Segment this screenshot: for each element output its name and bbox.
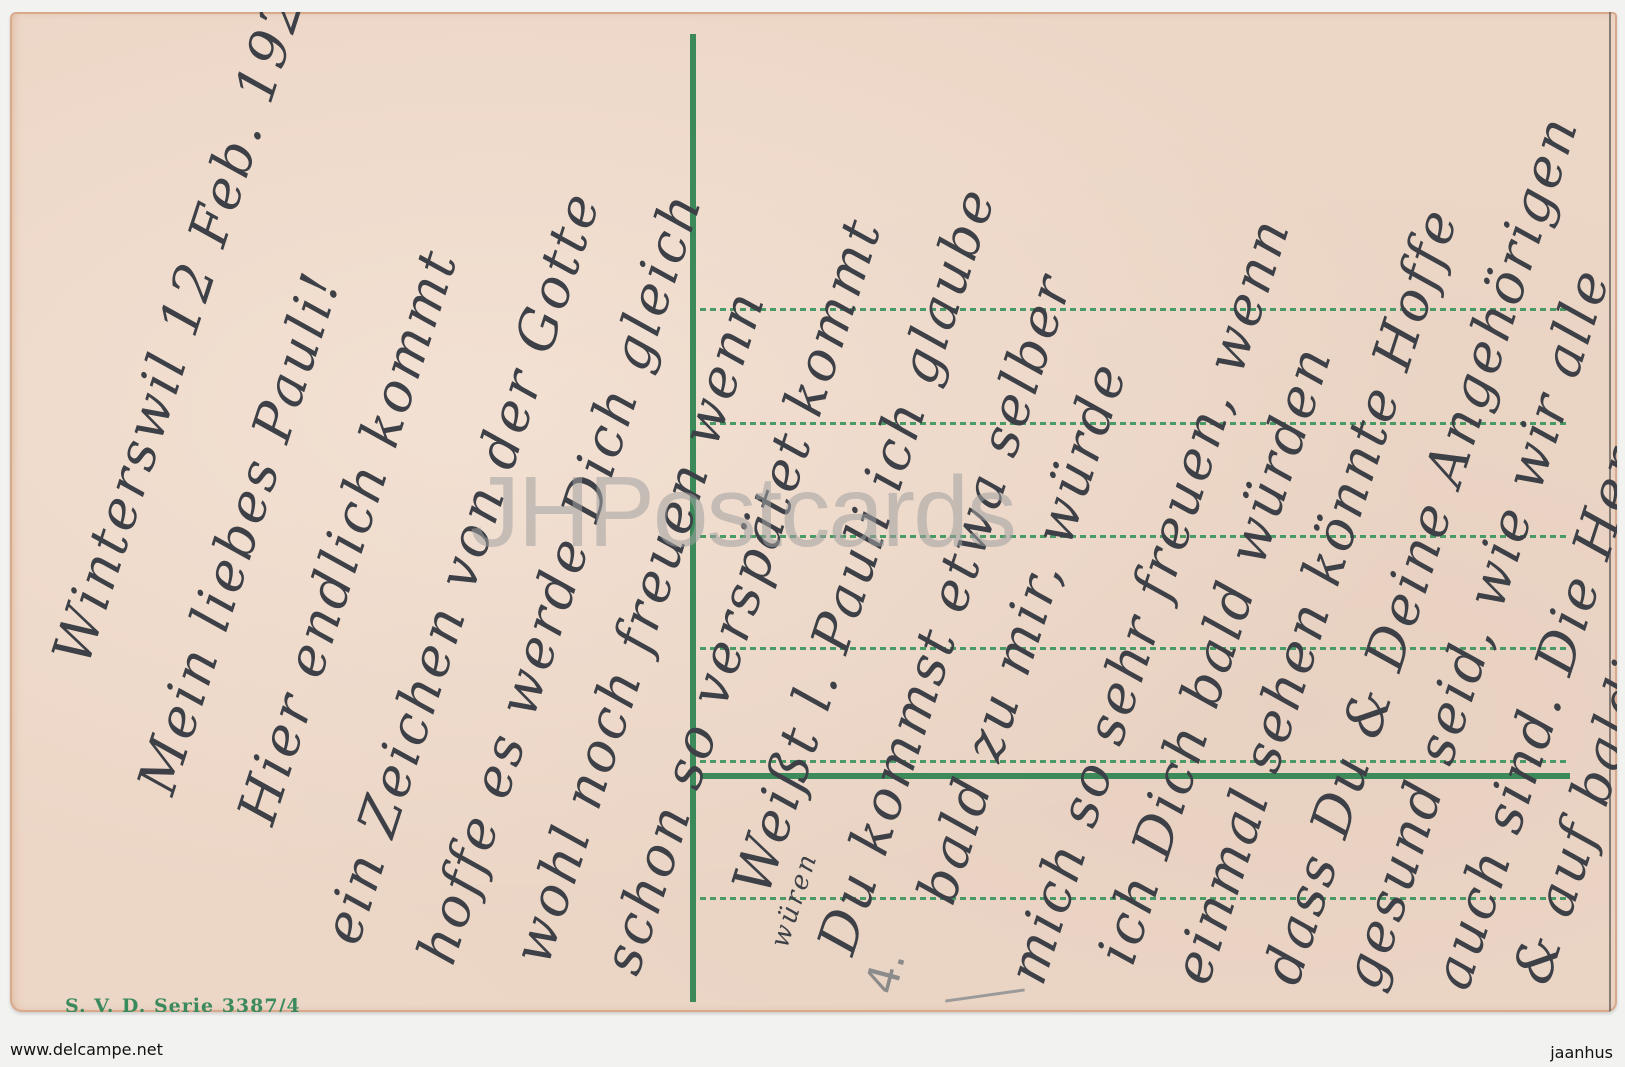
source-caption: www.delcampe.net bbox=[10, 1040, 163, 1059]
publisher-series-label: S. V. D. Serie 3387/4 bbox=[65, 995, 301, 1012]
pencil-price-mark: 4. bbox=[856, 946, 916, 1000]
watermark: JHPostcards bbox=[470, 455, 1015, 570]
seller-caption: jaanhus bbox=[1550, 1043, 1613, 1062]
pencil-underline bbox=[945, 988, 1025, 1002]
